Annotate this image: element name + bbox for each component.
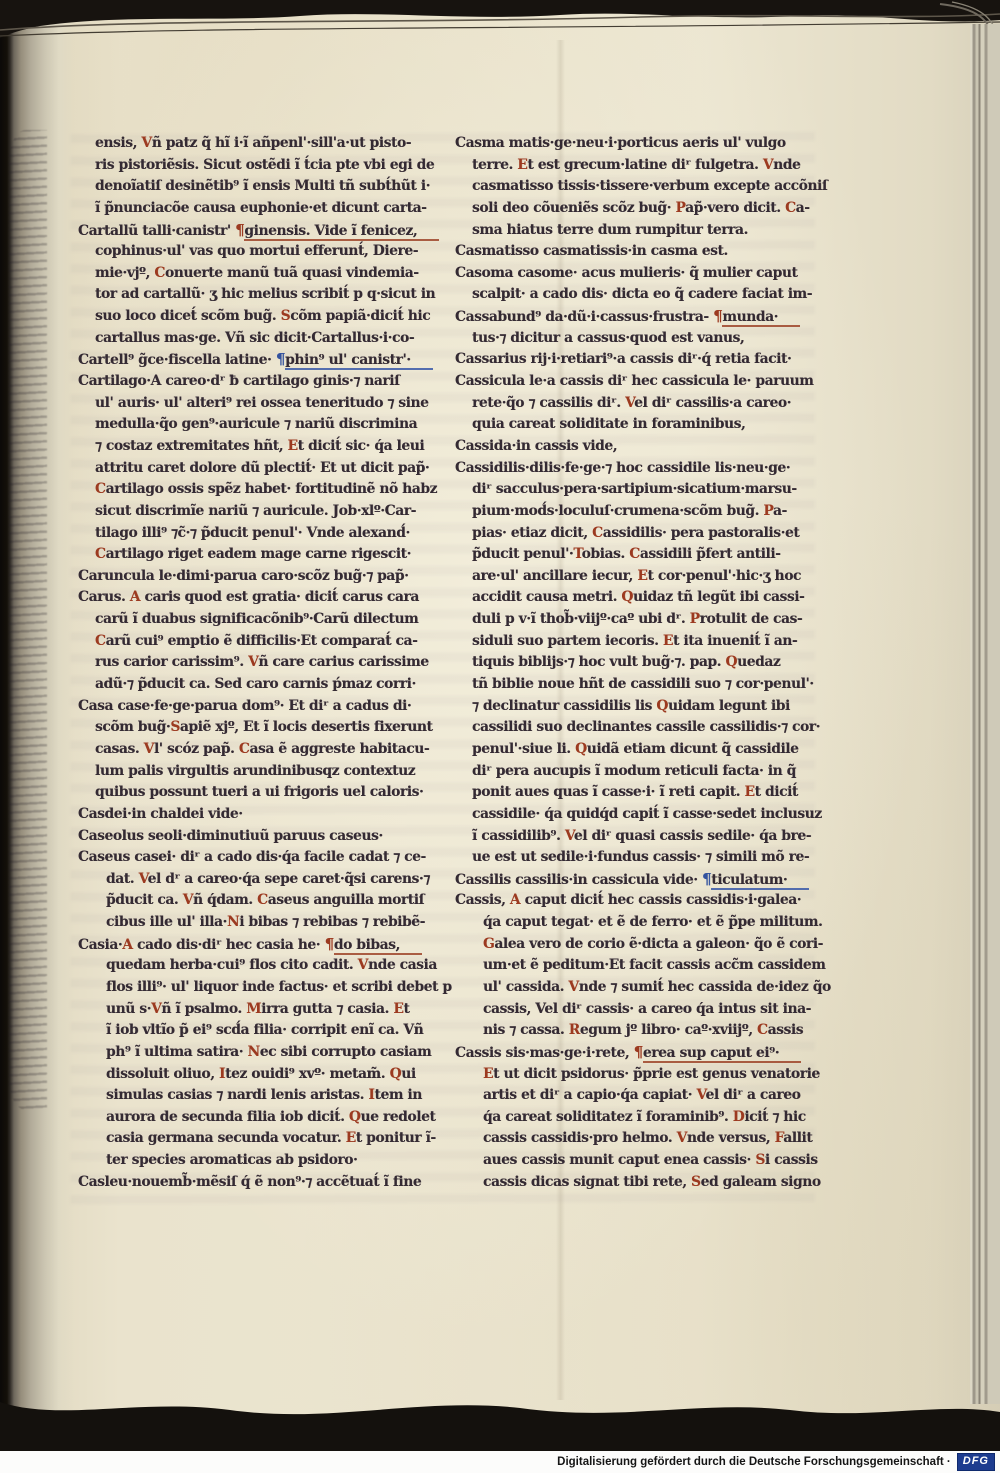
text-segment: rus carior carissim⁹.: [95, 654, 248, 670]
rubricated-letter: Q: [621, 589, 633, 605]
rubricated-letter: M: [246, 1001, 261, 1017]
text-segment: nde ⁊ sumit́ hec cassida de·idez q̃o: [579, 979, 831, 995]
text-segment: arũ cui⁹ emptio ẽ difficilis·Et comparat…: [106, 633, 418, 649]
text-segment: Cartell⁹ g̃ce·fiscella latine·: [78, 352, 276, 368]
text-segment: penul'·siue li.: [472, 741, 575, 757]
rubricated-letter: F: [775, 1130, 784, 1146]
text-segment: Caseus casei· diʳ a cado dis·q́a facile …: [78, 849, 426, 865]
text-line: casia germana secunda vocatur. Et ponitu…: [78, 1128, 430, 1150]
text-segment: cibus ille ul' illa·: [106, 914, 227, 930]
rubricated-letter: Q: [349, 1109, 361, 1125]
digitization-banner: Digitalisierung gefördert durch die Deut…: [0, 1451, 1000, 1473]
rubricated-letter: C: [592, 525, 603, 541]
text-line: suo loco dicet́ scõm bug̃. Scõm papiã·di…: [78, 306, 430, 328]
text-line: cibus ille ul' illa·Ni bibas ⁊ rebibas ⁊…: [78, 912, 430, 934]
text-segment: sicut discrimĩe nariũ ⁊ auricule. Job·xl…: [95, 503, 416, 519]
text-segment: cado dis·diʳ hec casia he·: [133, 937, 325, 953]
initial-mark: ¶: [713, 307, 722, 325]
scanned-book-page: ensis, Vñ patz q̃ hĩ i·ĩ añpenl'·sill'a·…: [0, 0, 1000, 1473]
text-segment: tor ad cartallũ· ʒ hic melius scribit́ p…: [95, 286, 435, 302]
rubricated-letter: C: [95, 481, 106, 497]
text-line: pium·mod́s·loculuſ·crumena·scõm bug̃. Pa…: [455, 501, 807, 523]
text-segment: Cassicula le·a cassis diʳ hec cassicula …: [455, 373, 813, 389]
initial-mark: ¶: [325, 935, 334, 953]
rubricated-letter: V: [565, 828, 574, 844]
rubricated-letter: V: [139, 871, 148, 887]
text-segment: Cartallũ talli·canistr': [78, 223, 235, 239]
underlined-gloss: munda·: [722, 309, 800, 325]
text-segment: are·ul' ancillare iecur,: [472, 568, 637, 584]
text-segment: aurora de secunda filia iob dicit́.: [106, 1109, 349, 1125]
text-segment: um·et ẽ peditum·Et facit cassis acc̃m ca…: [483, 957, 825, 973]
initial-mark: ¶: [702, 870, 711, 888]
text-segment: t ita inuenit́ ĩ an-: [673, 633, 797, 649]
text-line: tñ biblie noue hñt de cassidili suo ⁊ co…: [455, 674, 807, 696]
dfg-logo: DFG: [957, 1453, 995, 1471]
rubricated-letter: E: [744, 784, 754, 800]
text-segment: cassis dicas signat tibi rete,: [483, 1174, 691, 1190]
text-segment: tez ouidi⁹ xvº· metam̃.: [225, 1066, 389, 1082]
text-segment: p̃ducit ca.: [106, 892, 183, 908]
rubricated-letter: V: [696, 1087, 705, 1103]
text-segment: rete·q̃o ⁊ cassilis diʳ.: [472, 395, 625, 411]
text-segment: q́a careat soliditatez ĩ foraminib⁹.: [483, 1109, 733, 1125]
rubricated-letter: A: [122, 937, 132, 953]
text-line: ĩ p̃nunciacõe causa euphonie·et dicunt c…: [78, 198, 430, 220]
text-segment: tiquis biblijs·⁊ hoc vult bug̃·⁊. pap.: [472, 654, 725, 670]
text-segment: ĩ p̃nunciacõe causa euphonie·et dicunt c…: [95, 200, 427, 216]
rubricated-letter: E: [637, 568, 647, 584]
text-line: terre. Et est grecum·latine diʳ fulgetra…: [455, 155, 807, 177]
rubricated-letter: P: [675, 200, 685, 216]
text-segment: t dicit́: [755, 784, 798, 800]
rubricated-letter: N: [227, 914, 239, 930]
scan-background-bottom: [0, 1392, 1000, 1452]
text-segment: mie·vjº,: [95, 265, 154, 281]
text-line: ĩ cassidilib⁹. Vel diʳ quasi cassis sedi…: [455, 826, 807, 848]
text-segment: p̃ducit penul'·: [472, 546, 573, 562]
text-segment: pias· etiaz dicit,: [472, 525, 592, 541]
text-line: Cassilis cassilis·in cassicula vide· ¶ti…: [455, 869, 807, 891]
text-segment: terre.: [472, 157, 517, 173]
page-stack-edge-top: [0, 0, 1000, 46]
text-line: denoĩatiſ desinẽtib⁹ ĩ ensis Multi tñ su…: [78, 176, 430, 198]
text-segment: dat.: [106, 871, 139, 887]
text-segment: quedam herba·cui⁹ flos cito cadit.: [106, 957, 358, 973]
text-line: cassidile· q́a quidq́d capit́ ĩ casse·se…: [455, 804, 807, 826]
rubricated-letter: E: [393, 1001, 403, 1017]
text-segment: casia germana secunda vocatur.: [106, 1130, 346, 1146]
text-segment: i cassis: [765, 1152, 818, 1168]
text-segment: assidili p̃fert antili-: [640, 546, 781, 562]
text-line: ⁊ costaz extremitates hñt, Et dicit́ sic…: [78, 436, 430, 458]
text-line: soli deo cõueniẽs scõz bug̃· Pap̃·vero d…: [455, 198, 807, 220]
text-segment: Casleu·nouemb̃·mẽsiſ q́ ẽ non⁹·⁊ accẽtua…: [78, 1174, 421, 1190]
text-segment: caput dicit́ hec cassis cassidis·i·galea…: [520, 892, 801, 908]
text-line: p̃ducit penul'·Tobias. Cassidili p̃fert …: [455, 544, 807, 566]
text-segment: artilago ossis spẽz habet· fortitudinẽ n…: [106, 481, 437, 497]
text-segment: Cassida·in cassis vide,: [455, 438, 617, 454]
text-segment: suo loco dicet́ scõm bug̃.: [95, 308, 281, 324]
text-segment: quia careat soliditate in foraminibus,: [472, 416, 745, 432]
parchment-page: ensis, Vñ patz q̃ hĩ i·ĩ añpenl'·sill'a·…: [0, 0, 1000, 1473]
text-segment: carũ ĩ duabus significacõnib⁹·Carũ dilec…: [95, 611, 418, 627]
text-segment: ñ care carius carissime: [258, 654, 428, 670]
text-segment: ph⁹ ĩ ultima satira·: [106, 1044, 248, 1060]
text-line: Cassabund⁹ da·dũ·i·cassus·frustra- ¶mund…: [455, 306, 807, 328]
underlined-gloss: ginensis. Vide ĩ fenicez,: [244, 223, 439, 239]
rubricated-letter: R: [569, 1022, 580, 1038]
rubricated-letter: V: [763, 157, 773, 173]
text-segment: ĩ cassidilib⁹.: [472, 828, 565, 844]
text-segment: nis ⁊ cassa.: [483, 1022, 569, 1038]
text-segment: assidilis· pera pastoralis·et: [603, 525, 800, 541]
text-line: ph⁹ ĩ ultima satira· Nec sibi corrupto c…: [78, 1042, 430, 1064]
text-line: q́a careat soliditatez ĩ foraminib⁹. Dic…: [455, 1107, 807, 1129]
text-line: accidit causa metri. Quidaz tñ legũt ibi…: [455, 587, 807, 609]
text-line: cassis, Vel diʳ cassis· a careo q́a intu…: [455, 999, 807, 1021]
text-segment: uidã etiam dicunt q̃ cassidile: [587, 741, 799, 757]
text-segment: t ponitur ĩ-: [356, 1130, 436, 1146]
initial-mark: ¶: [235, 221, 244, 239]
text-segment: a-: [796, 200, 810, 216]
book-gutter-edge: [0, 0, 74, 1473]
text-segment: t est grecum·latine diʳ fulgetra.: [527, 157, 762, 173]
text-segment: Casma matis·ge·neu·i·porticus aeris ul' …: [455, 135, 786, 151]
text-line: Caseolus seoli·diminutiuũ paruus caseus·: [78, 826, 430, 848]
text-line: ĩ iob vltĩo p̃ ei⁹ scd́a filia· corripit…: [78, 1020, 430, 1042]
underlined-gloss: phin⁹ ul' canistr'·: [285, 352, 433, 368]
text-line: ul' auris· ul' alteri⁹ rei ossea tenerit…: [78, 393, 430, 415]
text-segment: ul' cassida.: [483, 979, 568, 995]
text-segment: ue redolet: [361, 1109, 436, 1125]
rubricated-letter: E: [483, 1066, 493, 1082]
text-segment: ed galeam signo: [701, 1174, 821, 1190]
text-segment: Cassidilis·dilis·fe·ge·⁊ hoc cassidile l…: [455, 460, 790, 476]
text-segment: simulas casias ⁊ nardi lenis aristas.: [106, 1087, 368, 1103]
rubricated-letter: C: [757, 1022, 768, 1038]
text-segment: cõm papiã·dicit́ hic: [290, 308, 430, 324]
rubricated-letter: V: [358, 957, 368, 973]
text-line: tilago illi⁹ ⁊c̃·⁊ p̃ducit penul'· Vnde …: [78, 523, 430, 545]
bottom-shadow-wave: [0, 1392, 1000, 1452]
text-line: adũ·⁊ p̃ducit ca. Sed caro carnis ṕmaz c…: [78, 674, 430, 696]
text-segment: el dʳ a careo·q́a sepe caret·q̃si carens…: [148, 871, 430, 887]
rubricated-letter: V: [151, 1001, 161, 1017]
banner-text: Digitalisierung gefördert durch die Deut…: [557, 1456, 951, 1468]
text-segment: cophinus·ul' vas quo mortui efferunt́, D…: [95, 243, 418, 259]
text-segment: rotulit de cas-: [700, 611, 803, 627]
text-line: Casia·A cado dis·diʳ hec casia he· ¶do b…: [78, 934, 430, 956]
text-line: mie·vjº, Conuerte manũ tuã quasi vindemi…: [78, 263, 430, 285]
rubricated-letter: V: [568, 979, 578, 995]
rubricated-letter: C: [95, 546, 106, 562]
text-line: attritu caret dolore dũ plectit́· Et ut …: [78, 458, 430, 480]
text-line: ⁊ declinatur cassidilis lis Quidam legun…: [455, 696, 807, 718]
text-line: casmatisso tissis·tissere·verbum excepte…: [455, 176, 807, 198]
text-line: medulla·q̃o gen⁹·auricule ⁊ nariũ discri…: [78, 414, 430, 436]
rubricated-letter: V: [677, 1130, 687, 1146]
text-segment: Cassilis cassilis·in cassicula vide·: [455, 872, 702, 888]
text-segment: caris quod est gratia· dicit́ carus cara: [140, 589, 419, 605]
text-line: cartallus mas·ge. Vñ sic dicit·Cartallus…: [78, 328, 430, 350]
text-segment: ⁊ costaz extremitates hñt,: [95, 438, 288, 454]
text-segment: siduli suo partem iecoris.: [472, 633, 663, 649]
text-line: aurora de secunda filia iob dicit́. Que …: [78, 1107, 430, 1129]
text-segment: cassis cassidis·pro helmo.: [483, 1130, 677, 1146]
text-segment: allit: [783, 1130, 812, 1146]
rubricated-letter: S: [170, 719, 180, 735]
rubricated-letter: V: [248, 654, 258, 670]
text-line: diʳ pera aucupis ĩ modum reticuli facta·…: [455, 761, 807, 783]
text-segment: pium·mod́s·loculuſ·crumena·scõm bug̃.: [472, 503, 763, 519]
text-line: Casoma casome· acus mulieris· q̃ mulier …: [455, 263, 807, 285]
text-segment: uedaz: [737, 654, 780, 670]
text-segment: ⁊ declinatur cassidilis lis: [472, 698, 656, 714]
text-segment: t dicit́ sic· q́a leui: [298, 438, 425, 454]
text-segment: ter species aromaticas ab psidoro·: [106, 1152, 357, 1168]
text-line: diʳ sacculus·pera·sartipium·sicatium·mar…: [455, 479, 807, 501]
rubricated-letter: T: [573, 546, 581, 562]
text-segment: Carus.: [78, 589, 130, 605]
text-line: unũ s·Vñ ĩ psalmo. Mirra gutta ⁊ casia. …: [78, 999, 430, 1021]
text-line: Cartilago ossis spẽz habet· fortitudinẽ …: [78, 479, 430, 501]
text-segment: el diʳ cassilis·a careo·: [634, 395, 791, 411]
text-line: Caruncula le·dimi·parua caro·scõz bug̃·⁊…: [78, 566, 430, 588]
text-segment: artis et diʳ a capio·q́a capiat·: [483, 1087, 696, 1103]
previous-page-text-fragment: [9, 130, 47, 1110]
text-line: Cartell⁹ g̃ce·fiscella latine· ¶phin⁹ ul…: [78, 349, 430, 371]
text-line: ul' cassida. Vnde ⁊ sumit́ hec cassida d…: [455, 977, 807, 999]
text-segment: aseus anguilla mortiſ: [268, 892, 424, 908]
text-segment: diʳ pera aucupis ĩ modum reticuli facta·…: [472, 763, 796, 779]
text-segment: duli p v·ĩ thob̃·viijº·caº ubi dʳ.: [472, 611, 690, 627]
text-line: dat. Vel dʳ a careo·q́a sepe caret·q̃si …: [78, 869, 430, 891]
text-segment: ul' auris· ul' alteri⁹ rei ossea tenerit…: [95, 395, 429, 411]
page-stack-wave: [0, 0, 1000, 46]
text-line: rete·q̃o ⁊ cassilis diʳ. Vel diʳ cassili…: [455, 393, 807, 415]
text-line: tus·⁊ dicitur a cassus·quod est vanus,: [455, 328, 807, 350]
text-line: flos illi⁹· ul' liquor inde factus· et s…: [78, 977, 430, 999]
rubricated-letter: P: [763, 503, 773, 519]
text-line: Carũ cui⁹ emptio ẽ difficilis·Et compara…: [78, 631, 430, 653]
text-segment: flos illi⁹· ul' liquor inde factus· et s…: [106, 979, 452, 995]
rubricated-letter: V: [141, 135, 151, 151]
text-line: tor ad cartallũ· ʒ hic melius scribit́ p…: [78, 284, 430, 306]
text-segment: ris pistoriẽsis. Sicut ostẽdi ĩ t́cia pt…: [95, 157, 434, 173]
text-line: Et ut dicit psidorus· p̃prie est genus v…: [455, 1064, 807, 1086]
text-segment: ĩ iob vltĩo p̃ ei⁹ scd́a filia· corripit…: [106, 1022, 423, 1038]
text-segment: denoĩatiſ desinẽtib⁹ ĩ ensis Multi tñ su…: [95, 178, 430, 194]
initial-mark: ¶: [276, 350, 285, 368]
text-line: siduli suo partem iecoris. Et ita inueni…: [455, 631, 807, 653]
rubricated-letter: A: [130, 589, 140, 605]
rubricated-letter: G: [483, 936, 494, 952]
text-line: artis et diʳ a capio·q́a capiat· Vel diʳ…: [455, 1085, 807, 1107]
text-line: rus carior carissim⁹. Vñ care carius car…: [78, 652, 430, 674]
rubricated-letter: C: [785, 200, 796, 216]
rubricated-letter: E: [663, 633, 673, 649]
text-segment: irra gutta ⁊ casia.: [261, 1001, 393, 1017]
text-segment: ap̃·vero dicit.: [685, 200, 785, 216]
rubricated-letter: Q: [725, 654, 737, 670]
text-segment: obias.: [582, 546, 630, 562]
rubricated-letter: S: [755, 1152, 765, 1168]
text-line: Casa case·fe·ge·parua dom⁹· Et diʳ a cad…: [78, 696, 430, 718]
text-line: penul'·siue li. Quidã etiam dicunt q̃ ca…: [455, 739, 807, 761]
text-segment: diʳ sacculus·pera·sartipium·sicatium·mar…: [472, 481, 797, 497]
text-segment: cassis, Vel diʳ cassis· a careo q́a intu…: [483, 1001, 811, 1017]
text-segment: casmatisso tissis·tissere·verbum excepte…: [472, 178, 827, 194]
text-line: Cassidilis·dilis·fe·ge·⁊ hoc cassidile l…: [455, 458, 807, 480]
text-segment: Cassabund⁹ da·dũ·i·cassus·frustra-: [455, 309, 713, 325]
text-line: duli p v·ĩ thob̃·viijº·caº ubi dʳ. Protu…: [455, 609, 807, 631]
text-line: um·et ẽ peditum·Et facit cassis acc̃m ca…: [455, 955, 807, 977]
text-segment: ñ ĩ psalmo.: [161, 1001, 246, 1017]
text-segment: egum jº libro· caº·xviijº,: [580, 1022, 757, 1038]
text-line: carũ ĩ duabus significacõnib⁹·Carũ dilec…: [78, 609, 430, 631]
text-line: quibus possunt tueri a ui frigoris uel c…: [78, 782, 430, 804]
underlined-gloss: erea sup caput ei⁹·: [643, 1045, 801, 1061]
text-line: scalpit· a cado dis· dicta eo q̃ cadere …: [455, 284, 807, 306]
text-line: pias· etiaz dicit, Cassidilis· pera past…: [455, 523, 807, 545]
underlined-gloss: ticulatum·: [711, 872, 809, 888]
text-column-left: ensis, Vñ patz q̃ hĩ i·ĩ añpenl'·sill'a·…: [78, 133, 430, 1193]
text-segment: el diʳ quasi cassis sedile· q́a bre-: [574, 828, 811, 844]
text-segment: i bibas ⁊ rebibas ⁊ rebibẽ-: [239, 914, 425, 930]
text-segment: Caruncula le·dimi·parua caro·scõz bug̃·⁊…: [78, 568, 409, 584]
rubricated-letter: C: [257, 892, 268, 908]
text-line: Cassarius rij·i·retiari⁹·a cassis diʳ·q́…: [455, 349, 807, 371]
text-segment: q́a caput tegat· et ẽ de ferro· et ẽ p̃p…: [483, 914, 822, 930]
text-segment: Casa case·fe·ge·parua dom⁹· Et diʳ a cad…: [78, 698, 411, 714]
text-line: Cassicula le·a cassis diʳ hec cassicula …: [455, 371, 807, 393]
text-line: Caseus casei· diʳ a cado dis·q́a facile …: [78, 847, 430, 869]
text-segment: tñ biblie noue hñt de cassidili suo ⁊ co…: [472, 676, 814, 692]
text-segment: aues cassis munit caput enea cassis·: [483, 1152, 755, 1168]
text-line: aues cassis munit caput enea cassis· Si …: [455, 1150, 807, 1172]
rubricated-letter: N: [248, 1044, 260, 1060]
text-segment: medulla·q̃o gen⁹·auricule ⁊ nariũ discri…: [95, 416, 417, 432]
text-line: Cassis sis·mas·ge·i·rete, ¶erea sup capu…: [455, 1042, 807, 1064]
rubricated-letter: E: [517, 157, 527, 173]
text-segment: dissoluit oliuo,: [106, 1066, 219, 1082]
text-line: cassis cassidis·pro helmo. Vnde versus, …: [455, 1128, 807, 1150]
text-segment: casas.: [95, 741, 144, 757]
text-segment: artilago riget eadem mage carne rigescit…: [106, 546, 411, 562]
text-segment: ui: [401, 1066, 415, 1082]
text-segment: scõm bug̃·: [95, 719, 170, 735]
text-line: casas. Vl' scóz pap̃. Casa ẽ aggreste ha…: [78, 739, 430, 761]
rubricated-letter: A: [510, 892, 520, 908]
rubricated-letter: V: [183, 892, 193, 908]
initial-mark: ¶: [634, 1043, 643, 1061]
text-segment: attritu caret dolore dũ plectit́· Et ut …: [95, 460, 429, 476]
text-segment: ñ q́dam.: [193, 892, 257, 908]
text-line: cophinus·ul' vas quo mortui efferunt́, D…: [78, 241, 430, 263]
text-segment: ec sibi corrupto casiam: [260, 1044, 432, 1060]
text-segment: Casia·: [78, 937, 122, 953]
text-line: Galea vero de corio ẽ·dicta a galeon· q̃…: [455, 934, 807, 956]
text-segment: t cor·penul'·hic·ʒ hoc: [647, 568, 801, 584]
text-line: are·ul' ancillare iecur, Et cor·penul'·h…: [455, 566, 807, 588]
rubricated-letter: C: [154, 265, 165, 281]
text-segment: ñ patz q̃ hĩ i·ĩ añpenl'·sill'a·ut pisto…: [152, 135, 411, 151]
text-segment: Cassis,: [455, 892, 510, 908]
text-segment: nde versus,: [687, 1130, 775, 1146]
rubricated-letter: V: [625, 395, 634, 411]
rubricated-letter: Q: [656, 698, 668, 714]
text-segment: quibus possunt tueri a ui frigoris uel c…: [95, 784, 423, 800]
text-segment: nde casia: [368, 957, 437, 973]
underlined-gloss: do bibas,: [334, 937, 422, 953]
text-line: ter species aromaticas ab psidoro·: [78, 1150, 430, 1172]
text-line: ensis, Vñ patz q̃ hĩ i·ĩ añpenl'·sill'a·…: [78, 133, 430, 155]
rubricated-letter: C: [95, 633, 106, 649]
text-segment: soli deo cõueniẽs scõz bug̃·: [472, 200, 675, 216]
text-line: ponit aues quas ĩ casse·i· ĩ reti capit.…: [455, 782, 807, 804]
rubricated-letter: V: [144, 741, 154, 757]
text-line: quedam herba·cui⁹ flos cito cadit. Vnde …: [78, 955, 430, 977]
rubricated-letter: E: [288, 438, 298, 454]
text-line: dissoluit oliuo, Itez ouidi⁹ xvº· metam̃…: [78, 1064, 430, 1086]
text-line: cassilidi suo declinantes cassile cassil…: [455, 717, 807, 739]
text-segment: ue est ut sedile·i·fundus cassis· ⁊ simi…: [472, 849, 809, 865]
text-line: Casma matis·ge·neu·i·porticus aeris ul' …: [455, 133, 807, 155]
page-stack-edge-right: [970, 24, 1000, 1404]
text-segment: sma hiatus terre dum rumpitur terra.: [472, 222, 748, 238]
text-line: q́a caput tegat· et ẽ de ferro· et ẽ p̃p…: [455, 912, 807, 934]
rubricated-letter: S: [691, 1174, 701, 1190]
text-line: Cartilago riget eadem mage carne rigesci…: [78, 544, 430, 566]
text-line: cassis dicas signat tibi rete, Sed galea…: [455, 1172, 807, 1194]
text-line: Carus. A caris quod est gratia· dicit́ c…: [78, 587, 430, 609]
rubricated-letter: D: [733, 1109, 745, 1125]
text-segment: uidaz tñ legũt ibi cassi-: [633, 589, 804, 605]
text-segment: Cassarius rij·i·retiari⁹·a cassis diʳ·q́…: [455, 351, 791, 367]
text-line: Cartallũ talli·canistr' ¶ginensis. Vide …: [78, 220, 430, 242]
text-line: Cassida·in cassis vide,: [455, 436, 807, 458]
rubricated-letter: E: [346, 1130, 356, 1146]
text-segment: Caseolus seoli·diminutiuũ paruus caseus·: [78, 828, 383, 844]
rubricated-letter: S: [281, 308, 291, 324]
text-segment: unũ s·: [106, 1001, 151, 1017]
text-line: ris pistoriẽsis. Sicut ostẽdi ĩ t́cia pt…: [78, 155, 430, 177]
text-segment: cartallus mas·ge. Vñ sic dicit·Cartallus…: [95, 330, 414, 346]
text-line: scõm bug̃·Sapiẽ xjº, Et ĩ locis desertis…: [78, 717, 430, 739]
text-segment: nde: [773, 157, 800, 173]
text-segment: tem in: [374, 1087, 421, 1103]
text-segment: a-: [773, 503, 787, 519]
text-segment: l' scóz pap̃.: [154, 741, 239, 757]
text-column-right: Casma matis·ge·neu·i·porticus aeris ul' …: [455, 133, 807, 1193]
text-segment: scalpit· a cado dis· dicta eo q̃ cadere …: [472, 286, 812, 302]
text-segment: tus·⁊ dicitur a cassus·quod est vanus,: [472, 330, 744, 346]
text-line: Casleu·nouemb̃·mẽsiſ q́ ẽ non⁹·⁊ accẽtua…: [78, 1172, 430, 1194]
text-segment: ponit aues quas ĩ casse·i· ĩ reti capit.: [472, 784, 744, 800]
text-segment: Cassis sis·mas·ge·i·rete,: [455, 1045, 634, 1061]
text-segment: Cartilago·A careo·dʳ ƀ cartilago ginis·⁊…: [78, 373, 400, 389]
text-line: Casdei·in chaldei vide·: [78, 804, 430, 826]
text-segment: adũ·⁊ p̃ducit ca. Sed caro carnis ṕmaz c…: [95, 676, 416, 692]
rubricated-letter: C: [629, 546, 640, 562]
text-segment: asa ẽ aggreste habitacu-: [249, 741, 429, 757]
text-segment: onuerte manũ tuã quasi vindemia-: [165, 265, 419, 281]
text-segment: Casdei·in chaldei vide·: [78, 806, 243, 822]
text-segment: apiẽ xjº, Et ĩ locis desertis fixerunt: [180, 719, 433, 735]
rubricated-letter: Q: [575, 741, 587, 757]
text-line: tiquis biblijs·⁊ hoc vult bug̃·⁊. pap. Q…: [455, 652, 807, 674]
